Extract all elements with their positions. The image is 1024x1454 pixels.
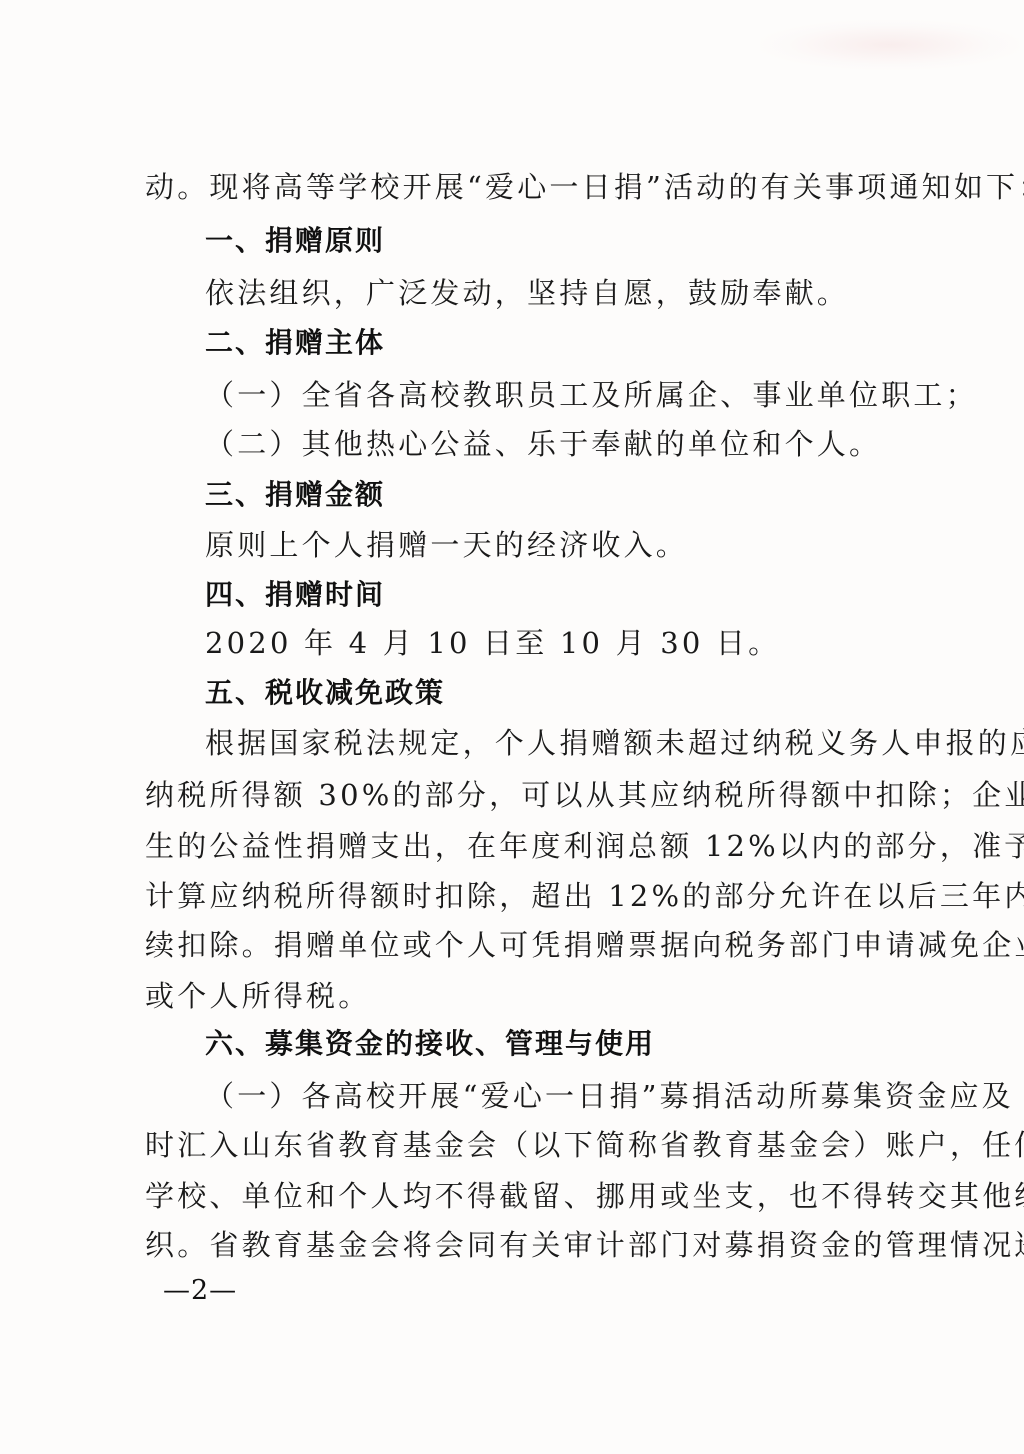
body-line: 依法组织，广泛发动，坚持自愿，鼓励奉献。 xyxy=(205,273,965,313)
body-line: 时汇入山东省教育基金会（以下简称省教育基金会）账户，任何 xyxy=(145,1125,905,1165)
body-line: 动。现将高等学校开展“爱心一日捐”活动的有关事项通知如下： xyxy=(145,167,905,207)
body-line: 计算应纳税所得额时扣除，超出 12%的部分允许在以后三年内继 xyxy=(145,876,905,916)
body-line: 织。省教育基金会将会同有关审计部门对募捐资金的管理情况进 xyxy=(145,1225,905,1265)
body-line: 2020 年 4 月 10 日至 10 月 30 日。 xyxy=(205,623,965,663)
body-line: 纳税所得额 30%的部分，可以从其应纳税所得额中扣除；企业发 xyxy=(145,775,905,815)
section-heading-funds: 六、募集资金的接收、管理与使用 xyxy=(205,1024,965,1064)
section-heading-donors: 二、捐赠主体 xyxy=(205,323,965,363)
section-heading-time: 四、捐赠时间 xyxy=(205,575,965,615)
section-heading-amount: 三、捐赠金额 xyxy=(205,475,965,515)
body-line: 根据国家税法规定，个人捐赠额未超过纳税义务人申报的应 xyxy=(205,723,965,763)
body-line: 原则上个人捐赠一天的经济收入。 xyxy=(205,525,965,565)
body-line: （一）各高校开展“爱心一日捐”募捐活动所募集资金应及 xyxy=(205,1076,965,1116)
body-line: （二）其他热心公益、乐于奉献的单位和个人。 xyxy=(205,424,965,464)
document-page: 动。现将高等学校开展“爱心一日捐”活动的有关事项通知如下： 一、捐赠原则 依法组… xyxy=(0,0,1024,1454)
section-heading-principles: 一、捐赠原则 xyxy=(205,221,965,261)
section-heading-tax: 五、税收减免政策 xyxy=(205,673,965,713)
body-line: （一）全省各高校教职员工及所属企、事业单位职工； xyxy=(205,375,965,415)
body-line: 续扣除。捐赠单位或个人可凭捐赠票据向税务部门申请减免企业 xyxy=(145,925,905,965)
body-line: 学校、单位和个人均不得截留、挪用或坐支，也不得转交其他组 xyxy=(145,1176,905,1216)
body-line: 或个人所得税。 xyxy=(145,976,905,1016)
body-line: 生的公益性捐赠支出，在年度利润总额 12%以内的部分，准予在 xyxy=(145,826,905,866)
page-number: —2— xyxy=(163,1275,237,1306)
